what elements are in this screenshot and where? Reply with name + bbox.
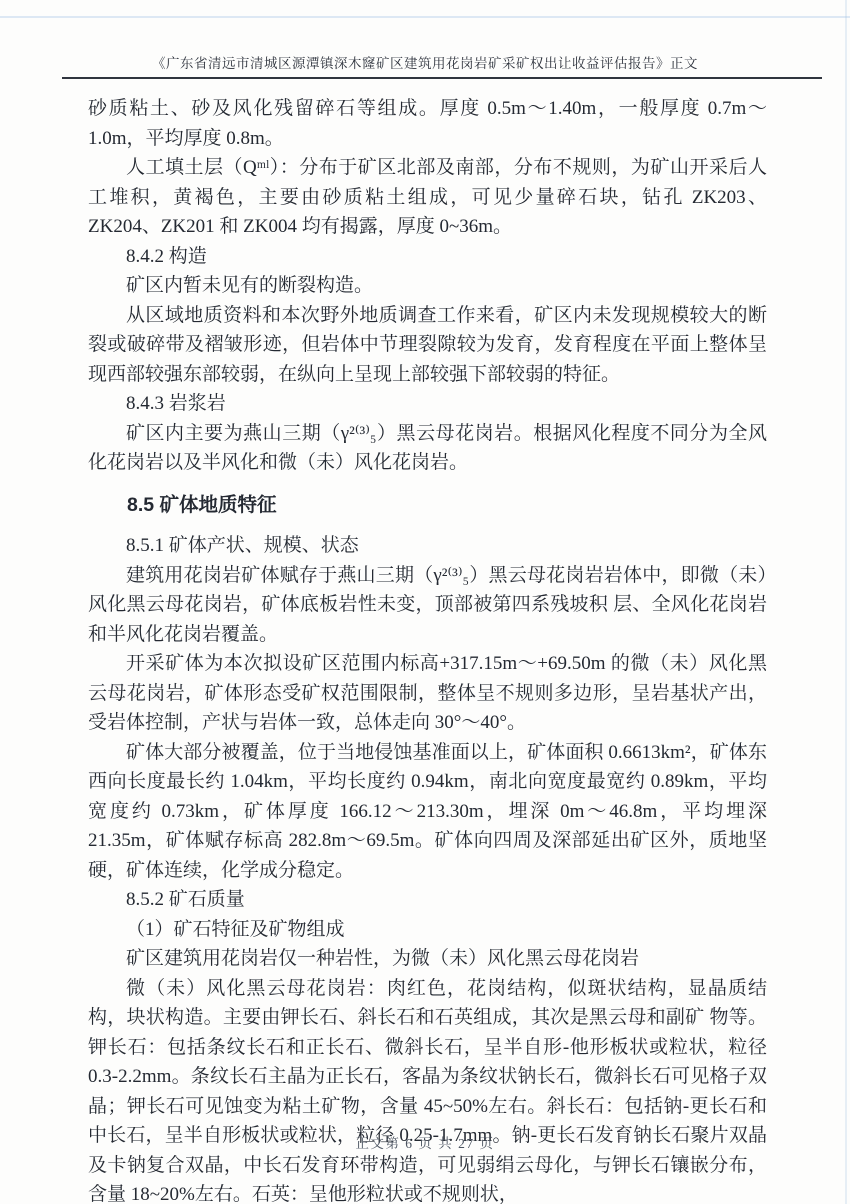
paragraph: 矿区内暂未见有的断裂构造。	[88, 271, 767, 301]
paragraph: 建筑用花岗岩矿体赋存于燕山三期（γ²⁽³⁾₅）黑云母花岗岩岩体中，即微（未）风化…	[88, 561, 767, 650]
page-footer-pagination: 正文第 6 页 共 27 页	[0, 1132, 850, 1152]
header-divider	[62, 77, 822, 79]
paragraph: 矿体大部分被覆盖，位于当地侵蚀基准面以上，矿体面积 0.6613km²，矿体东西…	[88, 738, 767, 886]
page-header-title: 《广东省清远市清城区源潭镇深木窿矿区建筑用花岗岩矿采矿权出让收益评估报告》正文	[30, 52, 820, 72]
subsection-heading: 8.4.2 构造	[88, 242, 767, 272]
paragraph: 开采矿体为本次拟设矿区范围内标高+317.15m～+69.50m 的微（未）风化…	[88, 649, 767, 738]
scan-artifact-top-line	[0, 16, 850, 18]
scan-artifact-right-line	[845, 0, 847, 1204]
subsection-heading: 8.5.2 矿石质量	[88, 885, 767, 915]
paragraph: 矿区建筑用花岗岩仅一种岩性，为微（未）风化黑云母花岗岩	[88, 944, 767, 974]
paragraph: 从区域地质资料和本次野外地质调查工作来看，矿区内未发现规模较大的断裂或破碎带及褶…	[88, 301, 767, 390]
section-heading: 8.5 矿体地质特征	[88, 491, 767, 521]
document-page: 《广东省清远市清城区源潭镇深木窿矿区建筑用花岗岩矿采矿权出让收益评估报告》正文 …	[0, 0, 850, 1204]
paragraph: 微（未）风化黑云母花岗岩：肉红色，花岗结构，似斑状结构，显晶质结构，块状构造。主…	[88, 974, 767, 1204]
paragraph: 砂质粘土、砂及风化残留碎石等组成。厚度 0.5m～1.40m，一般厚度 0.7m…	[88, 94, 767, 153]
paragraph: （1）矿石特征及矿物组成	[88, 915, 767, 945]
paragraph: 人工填土层（Qᵐˡ）：分布于矿区北部及南部，分布不规则，为矿山开采后人工堆积，黄…	[88, 153, 767, 242]
subsection-heading: 8.4.3 岩浆岩	[88, 389, 767, 419]
paragraph: 矿区内主要为燕山三期（γ²⁽³⁾₅）黑云母花岗岩。根据风化程度不同分为全风化花岗…	[88, 419, 767, 478]
document-body: 砂质粘土、砂及风化残留碎石等组成。厚度 0.5m～1.40m，一般厚度 0.7m…	[88, 94, 767, 1204]
subsection-heading: 8.5.1 矿体产状、规模、状态	[88, 531, 767, 561]
